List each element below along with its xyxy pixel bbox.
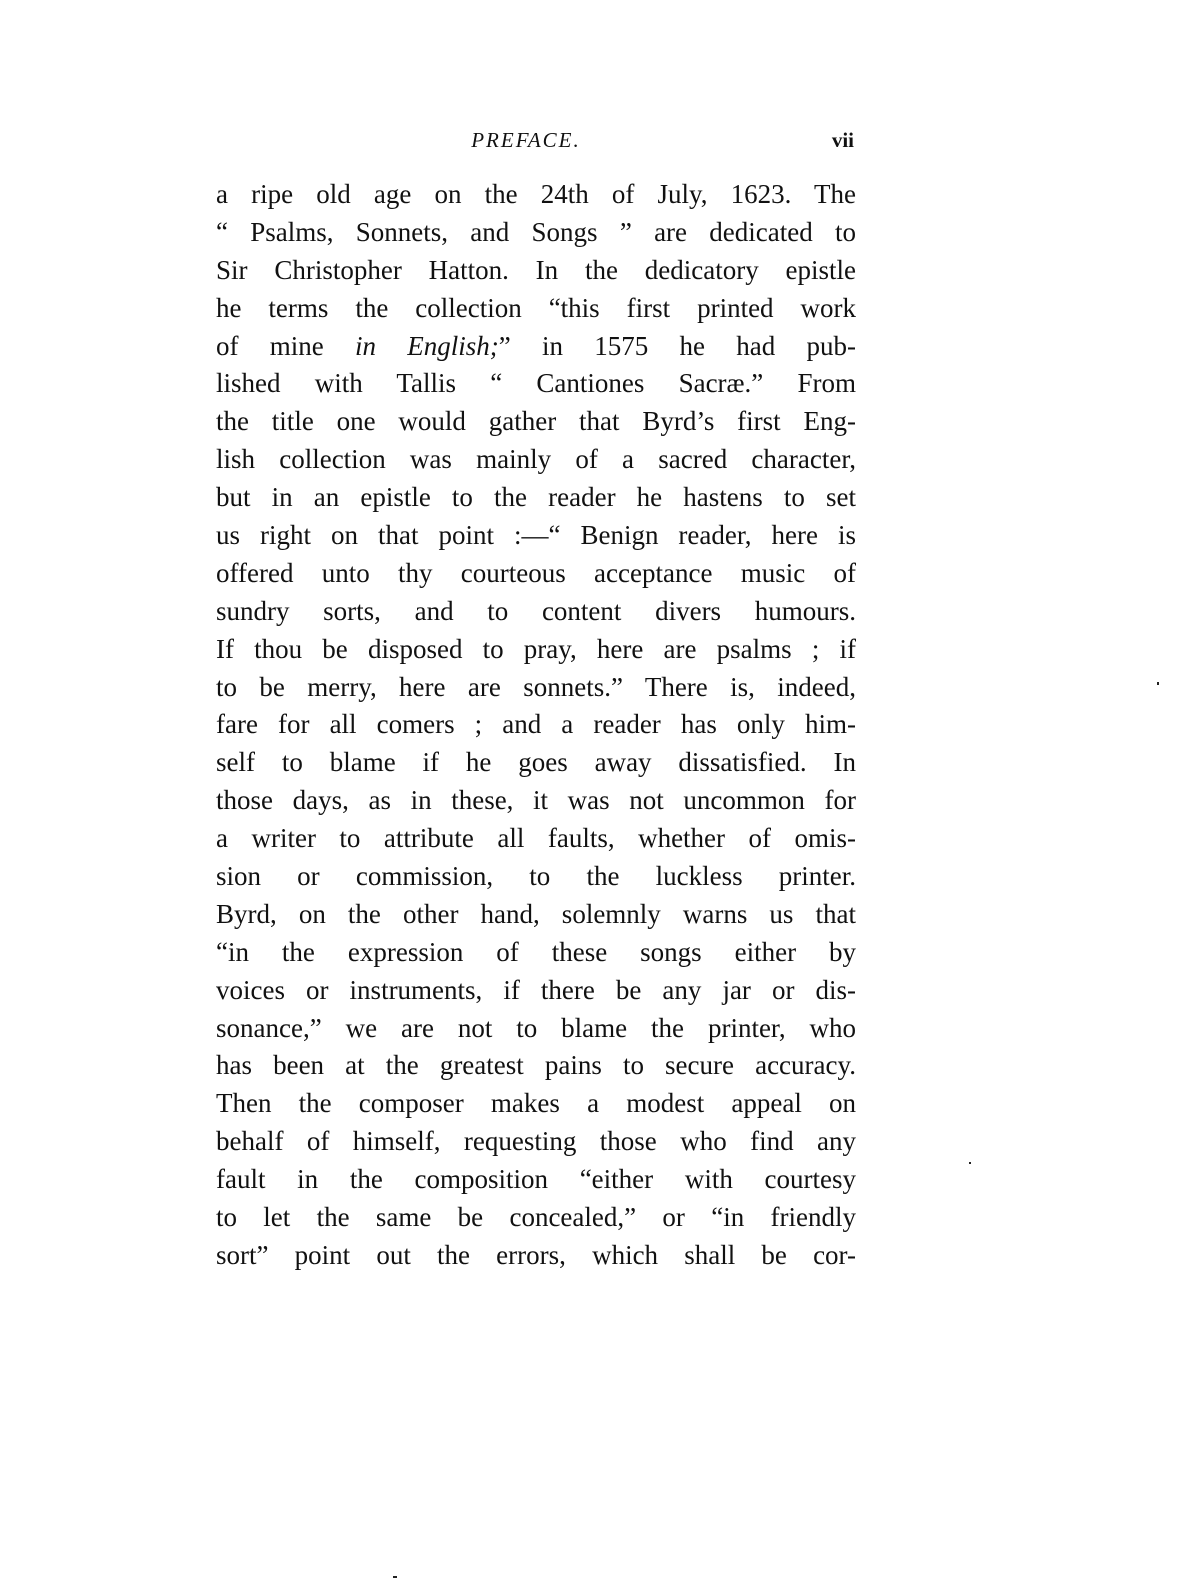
text-line: fault in the composition “either with co… [216, 1161, 856, 1199]
text-line: lish collection was mainly of a sacred c… [216, 441, 856, 479]
text-line: “in the expression of these songs either… [216, 934, 856, 972]
text-line: offered unto thy courteous acceptance mu… [216, 555, 856, 593]
text-line: self to blame if he goes away dissatisfi… [216, 744, 856, 782]
text-line: has been at the greatest pains to secure… [216, 1047, 856, 1085]
text-line: sort” point out the errors, which shall … [216, 1237, 856, 1275]
text-line: sion or commission, to the luckless prin… [216, 858, 856, 896]
scan-speck [393, 1576, 397, 1578]
page-number: vii [832, 128, 854, 153]
italic-phrase: in English; [355, 331, 499, 361]
text-line-with-italic: of mine in English;” in 1575 he had pub- [216, 328, 856, 366]
text-line: those days, as in these, it was not unco… [216, 782, 856, 820]
text-run: of mine [216, 331, 355, 361]
scan-speck [1157, 682, 1159, 685]
text-line: a ripe old age on the 24th of July, 1623… [216, 176, 856, 214]
text-line: sundry sorts, and to content divers humo… [216, 593, 856, 631]
text-line: a writer to attribute all faults, whethe… [216, 820, 856, 858]
scan-speck [969, 1162, 971, 1164]
text-line: voices or instruments, if there be any j… [216, 972, 856, 1010]
running-head: PREFACE. vii [216, 122, 856, 158]
text-line: fare for all comers ; and a reader has o… [216, 706, 856, 744]
text-line: us right on that point :—“ Benign reader… [216, 517, 856, 555]
book-page: PREFACE. vii a ripe old age on the 24th … [0, 0, 1186, 1581]
text-line: to be merry, here are sonnets.” There is… [216, 669, 856, 707]
text-line: behalf of himself, requesting those who … [216, 1123, 856, 1161]
text-run: ” in 1575 he had pub- [499, 331, 856, 361]
text-line: the title one would gather that Byrd’s f… [216, 403, 856, 441]
text-line: If thou be disposed to pray, here are ps… [216, 631, 856, 669]
text-line: but in an epistle to the reader he haste… [216, 479, 856, 517]
text-line: Sir Christopher Hatton. In the dedicator… [216, 252, 856, 290]
text-line: sonance,” we are not to blame the printe… [216, 1010, 856, 1048]
text-line: he terms the collection “this first prin… [216, 290, 856, 328]
text-line: to let the same be concealed,” or “in fr… [216, 1199, 856, 1237]
text-line: Then the composer makes a modest appeal … [216, 1085, 856, 1123]
running-title: PREFACE. [196, 128, 856, 153]
text-line: lished with Tallis “ Cantiones Sacræ.” F… [216, 365, 856, 403]
text-line: Byrd, on the other hand, solemnly warns … [216, 896, 856, 934]
text-line: “ Psalms, Sonnets, and Songs ” are dedic… [216, 214, 856, 252]
body-text: a ripe old age on the 24th of July, 1623… [216, 176, 856, 1275]
